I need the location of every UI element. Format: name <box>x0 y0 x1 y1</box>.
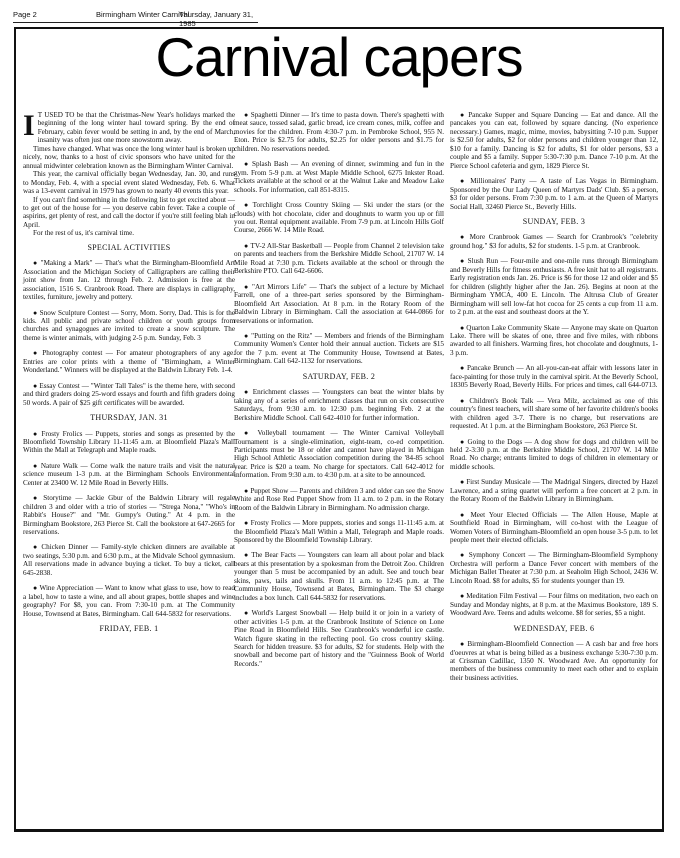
bullet-icon: ● <box>460 551 466 559</box>
event-item: ● Meet Your Elected Officials — The Alle… <box>450 511 658 545</box>
publication-name: Birmingham Winter Carnival <box>96 10 189 19</box>
section-heading-wednesday: WEDNESDAY, FEB. 6 <box>450 625 658 633</box>
event-item: ● The Bear Facts — Youngsters can learn … <box>234 551 444 602</box>
event-item: ● Children's Book Talk — Vera Milz, accl… <box>450 397 658 431</box>
bullet-icon: ● <box>244 283 249 291</box>
event-item: ● Pancake Brunch — An all-you-can-eat af… <box>450 364 658 389</box>
bullet-icon: ● <box>244 242 249 250</box>
event-item: ● Spaghetti Dinner — It's time to pasta … <box>234 111 444 153</box>
event-item: ● Splash Bash — An evening of dinner, sw… <box>234 160 444 194</box>
bullet-icon: ● <box>33 309 38 317</box>
column-3: ● Pancake Supper and Square Dancing — Ea… <box>450 111 658 689</box>
event-item: ● Torchlight Cross Country Skiing — Ski … <box>234 201 444 235</box>
event-item: ● Pancake Supper and Square Dancing — Ea… <box>450 111 658 170</box>
column-2: ● Spaghetti Dinner — It's time to pasta … <box>234 111 444 675</box>
event-item: ● Symphony Concert — The Birmingham-Bloo… <box>450 551 658 585</box>
section-heading-special: SPECIAL ACTIVITIES <box>23 244 235 252</box>
event-item: ● "Putting on the Ritz" — Members and fr… <box>234 332 444 366</box>
bullet-icon: ● <box>460 177 466 185</box>
event-item: ● "Making a Mark" — That's what the Birm… <box>23 259 235 301</box>
event-item: ● Snow Sculpture Contest — Sorry, Mom. S… <box>23 309 235 343</box>
event-item: ● Storytime — Jackie Gbur of the Baldwin… <box>23 494 235 536</box>
article-title: Carnival capers <box>16 27 662 87</box>
bullet-icon: ● <box>460 111 465 119</box>
bullet-icon: ● <box>244 111 249 119</box>
event-item: ● Frosty Frolics — Puppets, stories and … <box>23 430 235 455</box>
bullet-icon: ● <box>244 551 249 559</box>
event-item: ● Enrichment classes — Youngsters can be… <box>234 388 444 422</box>
bullet-icon: ● <box>460 438 465 446</box>
event-item: ● Essay Contest — "Winter Tall Tales" is… <box>23 382 235 407</box>
bullet-icon: ● <box>244 519 249 527</box>
bullet-icon: ● <box>460 397 466 405</box>
event-item: ● More Cranbrook Games — Search for Cran… <box>450 233 658 250</box>
bullet-icon: ● <box>33 584 38 592</box>
bullet-icon: ● <box>244 388 250 396</box>
bullet-icon: ● <box>33 259 38 267</box>
event-item: ● Nature Walk — Come walk the nature tra… <box>23 462 235 487</box>
intro-paragraph: If you can't find something in the follo… <box>23 196 235 230</box>
event-item: ● Quarton Lake Community Skate — Anyone … <box>450 324 658 358</box>
section-heading-sunday: SUNDAY, FEB. 3 <box>450 218 658 226</box>
bullet-icon: ● <box>244 609 249 617</box>
event-item: ● Frosty Frolics — More puppets, stories… <box>234 519 444 544</box>
intro-paragraph: Times have changed. What was once the lo… <box>23 145 235 170</box>
event-item: ● Wine Appreciation — Want to know what … <box>23 584 235 618</box>
bullet-icon: ● <box>460 478 464 486</box>
event-item: ● Chicken Dinner — Family-style chicken … <box>23 543 235 577</box>
section-heading-saturday: SATURDAY, FEB. 2 <box>234 373 444 381</box>
bullet-icon: ● <box>244 160 249 168</box>
page-number: Page 2 <box>13 10 37 19</box>
intro: IT USED TO be that the Christmas-New Yea… <box>23 111 235 238</box>
bullet-icon: ● <box>33 462 38 470</box>
intro-paragraph: For the rest of us, it's carnival time. <box>23 229 235 237</box>
bullet-icon: ● <box>460 233 466 241</box>
bullet-icon: ● <box>33 494 39 502</box>
section-heading-friday: FRIDAY, FEB. 1 <box>23 625 235 633</box>
bullet-icon: ● <box>33 382 37 390</box>
event-item: ● TV-2 All-Star Basketball — People from… <box>234 242 444 276</box>
column-1: IT USED TO be that the Christmas-New Yea… <box>23 111 235 641</box>
page-header: Page 2 Birmingham Winter Carnival Thursd… <box>13 8 258 23</box>
event-item: ● Photography contest — For amateur phot… <box>23 349 235 374</box>
bullet-icon: ● <box>244 201 250 209</box>
event-item: ● Millionaires' Party — A taste of Las V… <box>450 177 658 211</box>
event-item: ● World's Largest Snowball — Help build … <box>234 609 444 668</box>
event-item: ● "Art Mirrors Life" — That's the subjec… <box>234 283 444 325</box>
event-item: ● First Sunday Musicale — The Madrigal S… <box>450 478 658 503</box>
event-item: ● Slush Run — Four-mile and one-mile run… <box>450 257 658 316</box>
intro-paragraph: This year, the carnival officially began… <box>23 170 235 195</box>
event-item: ● Volleyball tournament — The Winter Car… <box>234 429 444 480</box>
bullet-icon: ● <box>460 511 466 519</box>
event-item: ● Going to the Dogs — A dog show for dog… <box>450 438 658 472</box>
bullet-icon: ● <box>460 324 464 332</box>
article-box: Carnival capers IT USED TO be that the C… <box>14 27 664 832</box>
bullet-icon: ● <box>244 429 252 437</box>
intro-paragraph: IT USED TO be that the Christmas-New Yea… <box>23 111 235 145</box>
bullet-icon: ● <box>33 349 39 357</box>
bullet-icon: ● <box>460 257 465 265</box>
section-heading-thursday: THURSDAY, JAN. 31 <box>23 414 235 422</box>
event-item: ● Meditation Film Festival — Four films … <box>450 592 658 617</box>
bullet-icon: ● <box>460 640 465 648</box>
bullet-icon: ● <box>33 543 38 551</box>
bullet-icon: ● <box>244 487 248 495</box>
event-item: ● Birmingham-Bloomfield Connection — A c… <box>450 640 658 682</box>
bullet-icon: ● <box>244 332 249 340</box>
event-item: ● Puppet Show — Parents and children 3 a… <box>234 487 444 512</box>
bullet-icon: ● <box>33 430 38 438</box>
bullet-icon: ● <box>460 364 465 372</box>
drop-cap: I <box>23 113 35 139</box>
bullet-icon: ● <box>460 592 464 600</box>
